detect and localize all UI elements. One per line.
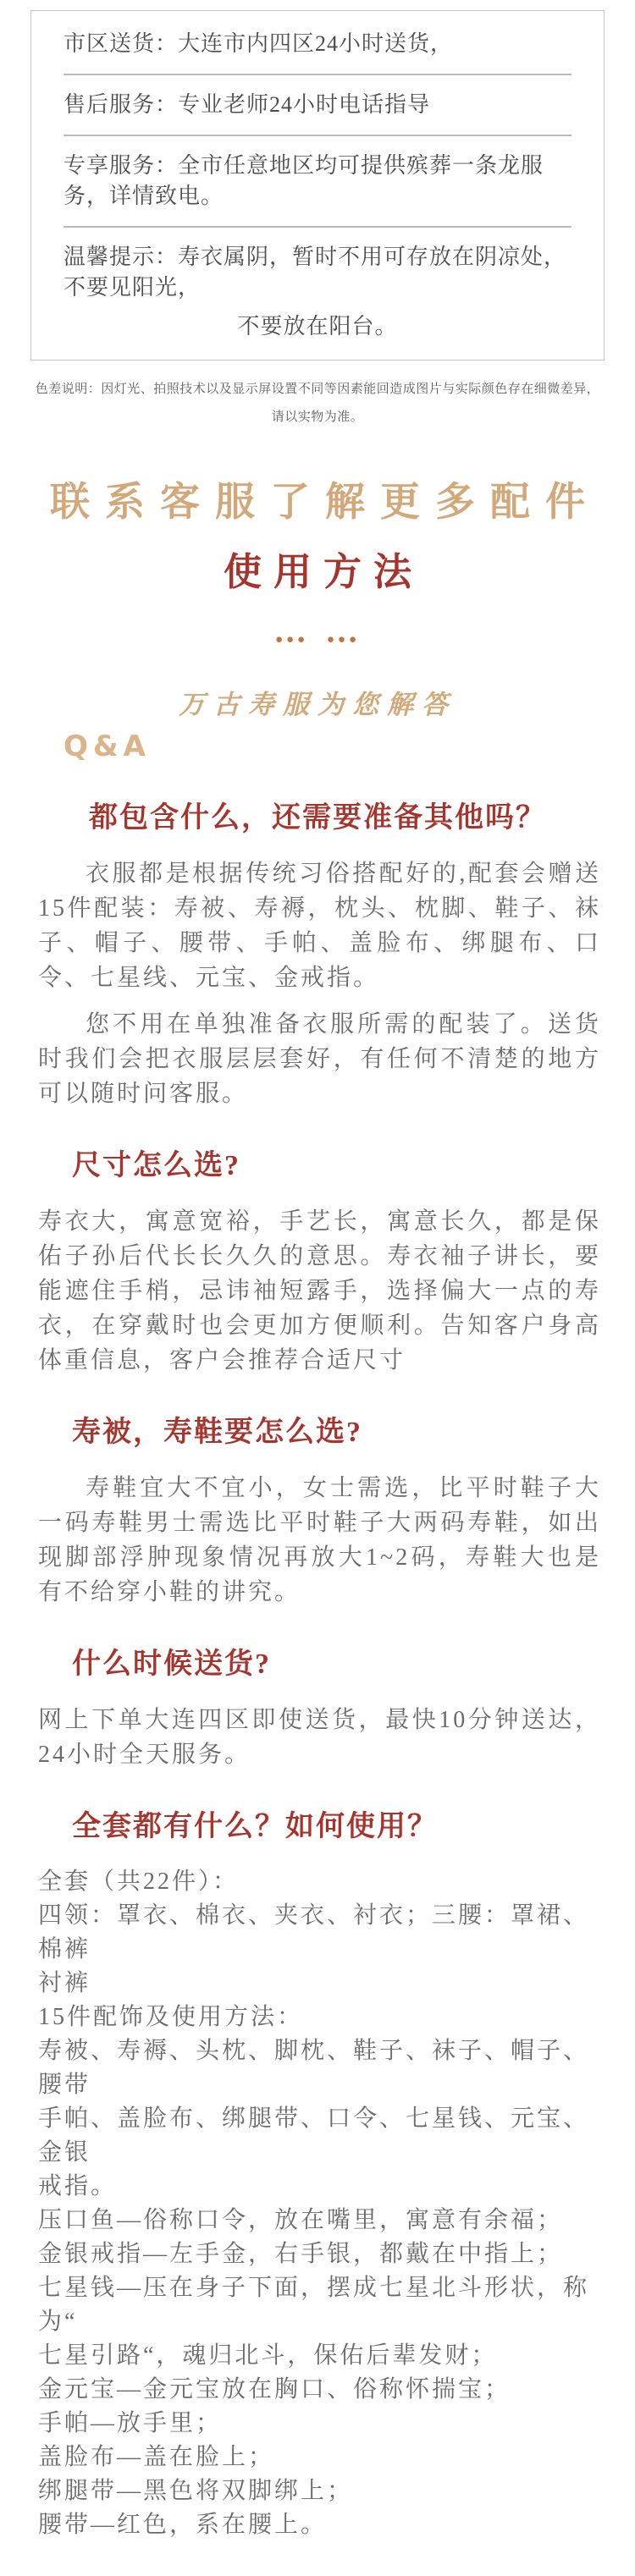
question-heading: 全套都有什么？如何使用？ <box>72 1808 601 1847</box>
hero-subtitle-usage: 使用方法 <box>0 541 635 596</box>
info-row-after-sale: 售后服务：专业老师24小时电话指导 <box>63 75 571 136</box>
info-row-exclusive-service: 专享服务：全市任意地区均可提供殡葬一条龙服务，详情致电。 <box>63 136 571 228</box>
usage-line: 盖脸布—盖在脸上； <box>38 2441 601 2474</box>
usage-line: 手帕—放手里； <box>38 2407 601 2441</box>
answer-paragraph: 您不用在单独准备衣服所需的配装了。送货时我们会把衣服层层套好，有任何不清楚的地方… <box>38 1007 601 1111</box>
answer-paragraph: 寿衣大，寓意宽裕，手艺长，寓意长久，都是保佑子孙后代长长久久的意思。寿衣袖子讲长… <box>38 1204 601 1378</box>
product-description-page: 市区送货：大连市内四区24小时送货， 售后服务：专业老师24小时电话指导 专享服… <box>0 10 635 2576</box>
usage-line: 七星钱—压在身子下面，摆成七星北斗形状，称为“ <box>38 2271 601 2339</box>
usage-line: 15件配饰及使用方法： <box>38 2001 601 2034</box>
warm-tip-line2: 不要放在阳台。 <box>63 311 571 342</box>
info-row-warm-tip: 温馨提示：寿衣属阴，暂时不用可存放在阴凉处，不要见阳光， 不要放在阳台。 <box>63 228 571 356</box>
hero-title-contact-service: 联系客服了解更多配件 <box>0 471 635 527</box>
usage-line: 全套（共22件）： <box>38 1865 601 1899</box>
question-heading: 都包含什么，还需要准备其他吗？ <box>34 799 601 838</box>
qa-section-quilt-shoes: 寿被，寿鞋要怎么选? 寿鞋宜大不宜小，女士需选，比平时鞋子大一码寿鞋男士需选比平… <box>0 1413 635 1610</box>
info-row-city-delivery: 市区送货：大连市内四区24小时送货， <box>63 14 571 75</box>
color-difference-note: 色差说明：因灯光、拍照技术以及显示屏设置不同等因素能回造成图片与实际颜色存在细微… <box>0 376 635 432</box>
service-info-box: 市区送货：大连市内四区24小时送货， 售后服务：专业老师24小时电话指导 专享服… <box>30 10 605 361</box>
qa-section-contents: 都包含什么，还需要准备其他吗？ 衣服都是根据传统习俗搭配好的,配套会赠送15件配… <box>0 799 635 1111</box>
usage-line: 腰带—红色，系在腰上。 <box>38 2508 601 2542</box>
usage-line: 衬裤 <box>38 1967 601 2001</box>
warm-tip-line1: 温馨提示：寿衣属阴，暂时不用可存放在阴凉处，不要见阳光， <box>63 242 571 303</box>
usage-line: 七星引路“，魂归北斗，保佑后辈发财； <box>38 2339 601 2373</box>
qa-section-size: 尺寸怎么选? 寿衣大，寓意宽裕，手艺长，寓意长久，都是保佑子孙后代长长久久的意思… <box>0 1147 635 1378</box>
question-heading: 尺寸怎么选? <box>72 1147 601 1186</box>
usage-line: 四领：罩衣、棉衣、夹衣、衬衣；三腰：罩裙、棉裤 <box>38 1899 601 1967</box>
qa-section-full-set-usage: 全套都有什么？如何使用？ 全套（共22件）： 四领：罩衣、棉衣、夹衣、衬衣；三腰… <box>0 1808 635 2542</box>
qa-label: Q&A <box>63 729 635 763</box>
info-text: 售后服务：专业老师24小时电话指导 <box>63 92 430 117</box>
usage-line: 压口鱼—俗称口令，放在嘴里，寓意有余福； <box>38 2204 601 2237</box>
answer-paragraph: 网上下单大连四区即使送货，最快10分钟送达，24小时全天服务。 <box>38 1703 601 1772</box>
info-text: 专享服务：全市任意地区均可提供殡葬一条龙服务，详情致电。 <box>63 153 544 208</box>
info-text: 市区送货：大连市内四区24小时送货， <box>63 31 453 56</box>
question-heading: 什么时候送货? <box>72 1645 601 1684</box>
dots-divider: ●●● ●●● <box>0 633 635 647</box>
color-note-line1: 色差说明：因灯光、拍照技术以及显示屏设置不同等因素能回造成图片与实际颜色存在细微… <box>0 376 635 404</box>
question-heading: 寿被，寿鞋要怎么选? <box>72 1413 601 1452</box>
usage-line: 寿被、寿褥、头枕、脚枕、鞋子、袜子、帽子、腰带 <box>38 2034 601 2102</box>
color-note-line2: 请以实物为准。 <box>0 404 635 432</box>
usage-list: 全套（共22件）： 四领：罩衣、棉衣、夹衣、衬衣；三腰：罩裙、棉裤 衬裤 15件… <box>38 1865 601 2542</box>
brand-answer-line: 万古寿服为您解答 <box>0 683 635 721</box>
answer-paragraph: 寿鞋宜大不宜小，女士需选，比平时鞋子大一码寿鞋男士需选比平时鞋子大两码寿鞋，如出… <box>38 1471 601 1610</box>
usage-line: 绑腿带—黑色将双脚绑上； <box>38 2474 601 2508</box>
usage-line: 手帕、盖脸布、绑腿带、口令、七星钱、元宝、金银 <box>38 2102 601 2170</box>
answer-paragraph: 衣服都是根据传统习俗搭配好的,配套会赠送15件配装：寿被、寿褥，枕头、枕脚、鞋子… <box>38 856 601 995</box>
usage-line: 金银戒指—左手金，右手银，都戴在中指上； <box>38 2237 601 2271</box>
qa-section-delivery-time: 什么时候送货? 网上下单大连四区即使送货，最快10分钟送达，24小时全天服务。 <box>0 1645 635 1772</box>
usage-line: 戒指。 <box>38 2170 601 2204</box>
usage-line: 金元宝—金元宝放在胸口、俗称怀揣宝； <box>38 2373 601 2407</box>
